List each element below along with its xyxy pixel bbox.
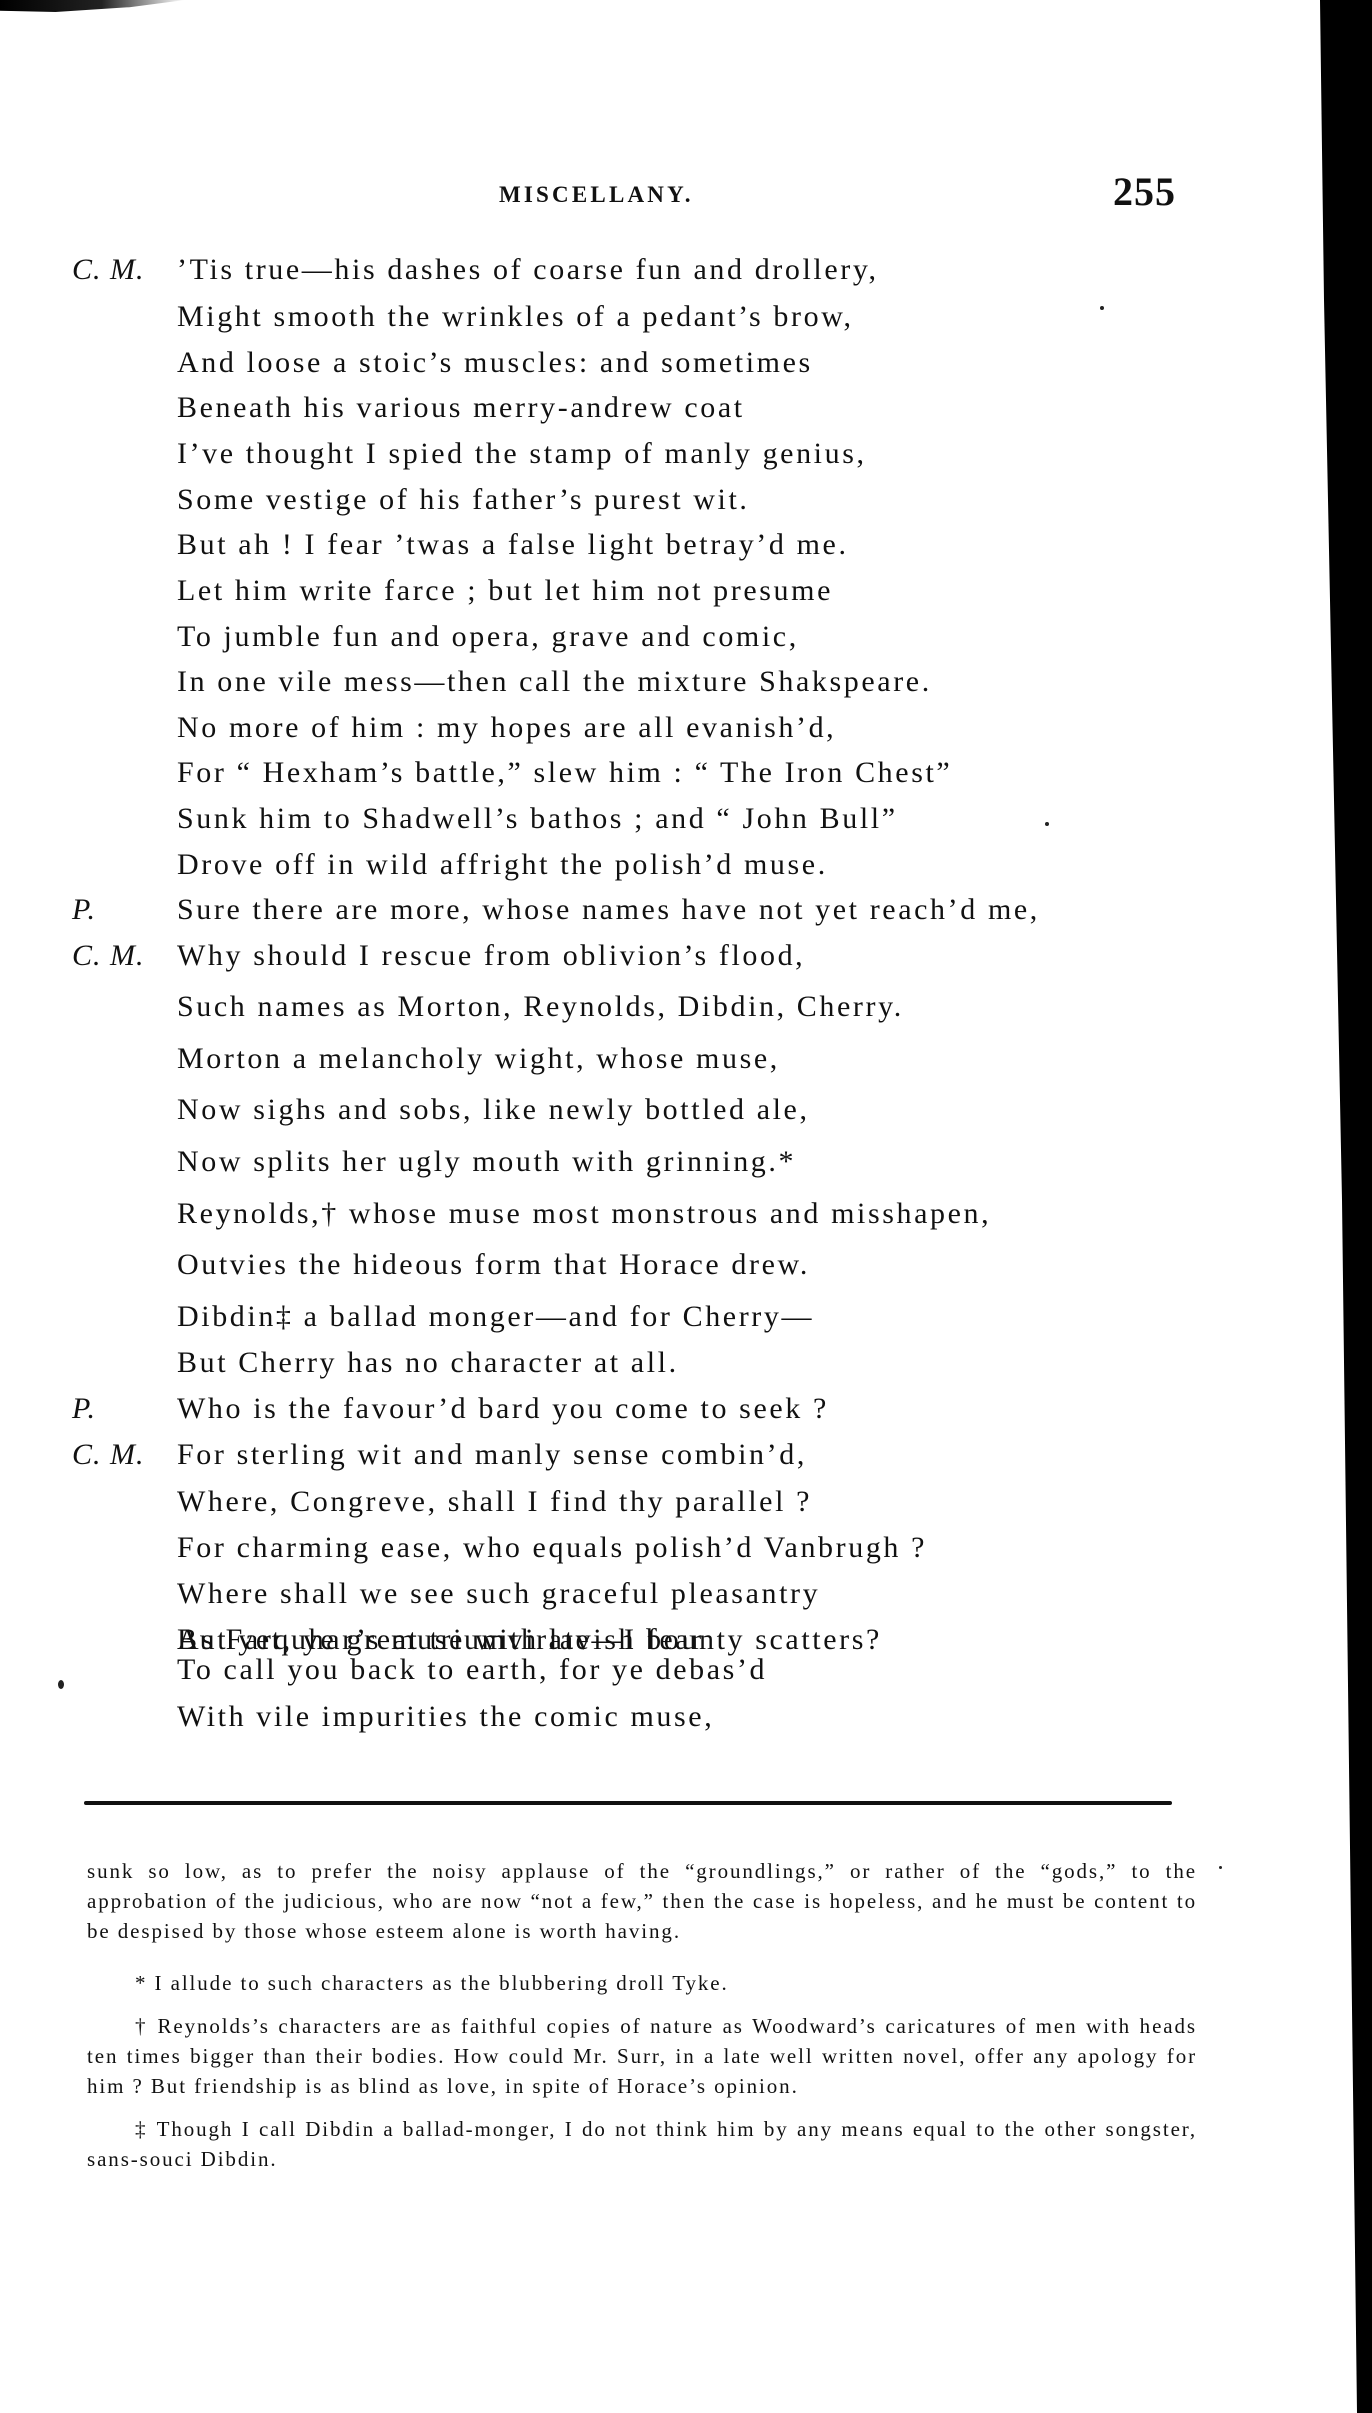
verse-text: Where shall we see such graceful pleasan… (177, 1574, 820, 1614)
verse-line: For charming ease, who equals polish’d V… (0, 1528, 1250, 1568)
verse-text: To call you back to earth, for ye debas’… (177, 1650, 767, 1690)
verse-text: Morton a melancholy wight, whose muse, (177, 1039, 780, 1079)
verse-line: To call you back to earth, for ye debas’… (0, 1650, 1250, 1690)
verse-text: To jumble fun and opera, grave and comic… (177, 617, 799, 657)
verse-text: Sure there are more, whose names have no… (177, 890, 1040, 930)
running-head: MISCELLANY. (499, 182, 694, 208)
verse-line: Sunk him to Shadwell’s bathos ; and “ Jo… (0, 799, 1250, 839)
verse-text: Who is the favour’d bard you come to see… (177, 1389, 829, 1429)
verse-line: P.Who is the favour’d bard you come to s… (0, 1389, 1250, 1429)
verse-line: Some vestige of his father’s purest wit. (0, 480, 1250, 520)
verse-line: C. M.For sterling wit and manly sense co… (0, 1435, 1250, 1475)
verse-line: Now splits her ugly mouth with grinning.… (0, 1142, 1250, 1182)
verse-line: No more of him : my hopes are all evanis… (0, 708, 1250, 748)
verse-line: Such names as Morton, Reynolds, Dibdin, … (0, 987, 1250, 1027)
verse-line: But ah ! I fear ’twas a false light betr… (0, 525, 1250, 565)
speaker-label: P. (72, 1389, 96, 1429)
verse-line: Reynolds,† whose muse most monstrous and… (0, 1194, 1250, 1234)
verse-text: Outvies the hideous form that Horace dre… (177, 1245, 810, 1285)
verse-line: Now sighs and sobs, like newly bottled a… (0, 1090, 1250, 1130)
verse-text: Let him write farce ; but let him not pr… (177, 571, 833, 611)
verse-line: With vile impurities the comic muse, (0, 1697, 1250, 1737)
verse-line: Morton a melancholy wight, whose muse, (0, 1039, 1250, 1079)
speaker-label: C. M. (72, 936, 145, 976)
speaker-label: P. (72, 890, 96, 930)
verse-line: Drove off in wild affright the polish’d … (0, 845, 1250, 885)
verse-text: Now splits her ugly mouth with grinning.… (177, 1142, 796, 1182)
speaker-label: C. M. (72, 1435, 145, 1475)
verse-line: I’ve thought I spied the stamp of manly … (0, 434, 1250, 474)
verse-text: Beneath his various merry-andrew coat (177, 388, 745, 428)
verse-line: And loose a stoic’s muscles: and sometim… (0, 343, 1250, 383)
verse-line: C. M.’Tis true—his dashes of coarse fun … (0, 250, 1250, 290)
scan-speck (58, 1680, 64, 1689)
verse-line: Where shall we see such graceful pleasan… (0, 1574, 1250, 1614)
scan-page-edge-shadow (1312, 0, 1372, 2413)
verse-text: I’ve thought I spied the stamp of manly … (177, 434, 867, 474)
verse-text: But Cherry has no character at all. (177, 1343, 679, 1383)
verse-text: No more of him : my hopes are all evanis… (177, 708, 836, 748)
verse-text: Dibdin‡ a ballad monger—and for Cherry— (177, 1297, 814, 1337)
verse-line: Outvies the hideous form that Horace dre… (0, 1245, 1250, 1285)
scan-speck (1100, 306, 1104, 310)
verse-text: For “ Hexham’s battle,” slew him : “ The… (177, 753, 952, 793)
verse-text: Why should I rescue from oblivion’s floo… (177, 936, 805, 976)
verse-line: In one vile mess—then call the mixture S… (0, 662, 1250, 702)
verse-text: Where, Congreve, shall I find thy parall… (177, 1482, 812, 1522)
scan-speck (1219, 1866, 1222, 1869)
scan-corner-smudge (0, 0, 185, 12)
verse-line: Dibdin‡ a ballad monger—and for Cherry— (0, 1297, 1250, 1337)
verse-line: P.Sure there are more, whose names have … (0, 890, 1250, 930)
verse-line: But Cherry has no character at all. (0, 1343, 1250, 1383)
verse-text: Reynolds,† whose muse most monstrous and… (177, 1194, 991, 1234)
footnote-dagger: † Reynolds’s characters are as faithful … (87, 2011, 1197, 2101)
scan-speck (1045, 822, 1049, 826)
verse-text: ’Tis true—his dashes of coarse fun and d… (177, 250, 879, 290)
verse-line: C. M.Why should I rescue from oblivion’s… (0, 936, 1250, 976)
verse-text: For charming ease, who equals polish’d V… (177, 1528, 927, 1568)
speaker-label: C. M. (72, 250, 145, 290)
verse-line: Might smooth the wrinkles of a pedant’s … (0, 297, 1250, 337)
verse-text: And loose a stoic’s muscles: and sometim… (177, 343, 813, 383)
verse-line: To jumble fun and opera, grave and comic… (0, 617, 1250, 657)
verse-text: Sunk him to Shadwell’s bathos ; and “ Jo… (177, 799, 898, 839)
verse-line: Let him write farce ; but let him not pr… (0, 571, 1250, 611)
verse-text: Such names as Morton, Reynolds, Dibdin, … (177, 987, 904, 1027)
footnote-continuation: sunk so low, as to prefer the noisy appl… (87, 1856, 1197, 1946)
verse-text: But ah ! I fear ’twas a false light betr… (177, 525, 849, 565)
verse-line: Beneath his various merry-andrew coat (0, 388, 1250, 428)
verse-text: Drove off in wild affright the polish’d … (177, 845, 828, 885)
footnote-double-dagger: ‡ Though I call Dibdin a ballad-monger, … (87, 2114, 1197, 2174)
page-number: 255 (1113, 168, 1176, 215)
footnote-asterisk: * I allude to such characters as the blu… (87, 1968, 1197, 1998)
footnote-rule (84, 1801, 1172, 1805)
footnotes: sunk so low, as to prefer the noisy appl… (87, 1856, 1197, 2187)
verse-line: Where, Congreve, shall I find thy parall… (0, 1482, 1250, 1522)
verse-line: For “ Hexham’s battle,” slew him : “ The… (0, 753, 1250, 793)
verse-text: Now sighs and sobs, like newly bottled a… (177, 1090, 810, 1130)
verse-text: For sterling wit and manly sense combin’… (177, 1435, 807, 1475)
verse-text: With vile impurities the comic muse, (177, 1697, 714, 1737)
verse-text: Might smooth the wrinkles of a pedant’s … (177, 297, 854, 337)
verse-text: Some vestige of his father’s purest wit. (177, 480, 750, 520)
verse-text: In one vile mess—then call the mixture S… (177, 662, 932, 702)
